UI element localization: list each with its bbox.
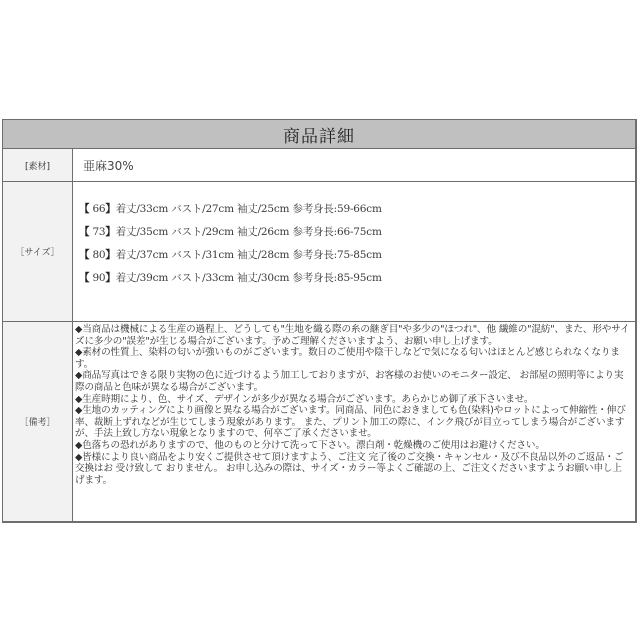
note-washing: ◆色落ちの恐れがありますので、他のものと分けて洗って下さい。漂白剤・乾燥機のご使… xyxy=(75,440,631,452)
bracket-close: 】 xyxy=(105,249,115,261)
size-label: ［サイズ］ xyxy=(3,182,73,321)
size-line-90: 【 90】着丈/39cm バスト/33cm 袖丈/30cm 参考身長:85-95… xyxy=(79,267,635,290)
size-measurements: 着丈/39cm バスト/33cm 袖丈/30cm 参考身長:85-95cm xyxy=(116,272,382,284)
size-number: 73 xyxy=(89,226,105,238)
bracket-close: 】 xyxy=(105,272,115,284)
note-returns: ◆皆様により良い商品をより安くご提供させて頂けますよう、ご注文 完了後のご交換・… xyxy=(75,452,631,487)
size-measurements: 着丈/35cm バスト/29cm 袖丈/26cm 参考身長:66-75cm xyxy=(116,226,382,238)
table-title: 商品詳細 xyxy=(3,120,635,149)
note-cutting: ◆生地のカッティングにより画像と異なる場合がございます。同商品、同色におきまして… xyxy=(75,405,631,440)
size-measurements: 着丈/37cm バスト/31cm 袖丈/28cm 参考身長:75-85cm xyxy=(116,249,382,261)
notes-row: ［備考］ ◆当商品は機械による生産の過程上、どうしても"生地を織る際の糸の継ぎ目… xyxy=(3,322,635,521)
material-label: [素材] xyxy=(3,149,73,181)
bracket-open: 【 xyxy=(79,249,89,261)
product-details-table: 商品詳細 [素材] 亜麻30% ［サイズ］ 【 66】着丈/33cm バスト/2… xyxy=(2,119,637,523)
size-list: 【 66】着丈/33cm バスト/27cm 袖丈/25cm 参考身長:59-66… xyxy=(73,182,635,321)
notes-text: ◆当商品は機械による生産の過程上、どうしても"生地を織る際の糸の継ぎ目"や多少の… xyxy=(73,322,635,521)
size-number: 90 xyxy=(89,272,105,284)
bracket-open: 【 xyxy=(79,203,89,215)
bracket-close: 】 xyxy=(105,226,115,238)
note-odor: ◆素材の性質上、染料の匂いが強いものがございます。数日のご使用や陰干しなどで気に… xyxy=(75,347,631,370)
size-number: 80 xyxy=(89,249,105,261)
size-line-66: 【 66】着丈/33cm バスト/27cm 袖丈/25cm 参考身長:59-66… xyxy=(79,198,635,221)
bracket-open: 【 xyxy=(79,272,89,284)
size-row: ［サイズ］ 【 66】着丈/33cm バスト/27cm 袖丈/25cm 参考身長… xyxy=(3,182,635,322)
note-quality: ◆当商品は機械による生産の過程上、どうしても"生地を織る際の糸の継ぎ目"や多少の… xyxy=(75,324,631,347)
size-measurements: 着丈/33cm バスト/27cm 袖丈/25cm 参考身長:59-66cm xyxy=(116,203,382,215)
material-value: 亜麻30% xyxy=(73,149,635,181)
note-photo-color: ◆商品写真はできる限り実物の色に近づけるよう加工しておりますが、お客様のお使いの… xyxy=(75,370,631,393)
bracket-close: 】 xyxy=(105,203,115,215)
note-production-period: ◆生産時期により、色、サイズ、デザインが多少が異なる場合がございます。あらかじめ… xyxy=(75,394,631,406)
size-line-80: 【 80】着丈/37cm バスト/31cm 袖丈/28cm 参考身長:75-85… xyxy=(79,244,635,267)
size-line-73: 【 73】着丈/35cm バスト/29cm 袖丈/26cm 参考身長:66-75… xyxy=(79,221,635,244)
bracket-open: 【 xyxy=(79,226,89,238)
size-number: 66 xyxy=(89,203,105,215)
material-row: [素材] 亜麻30% xyxy=(3,149,635,182)
notes-label: ［備考］ xyxy=(3,322,73,521)
